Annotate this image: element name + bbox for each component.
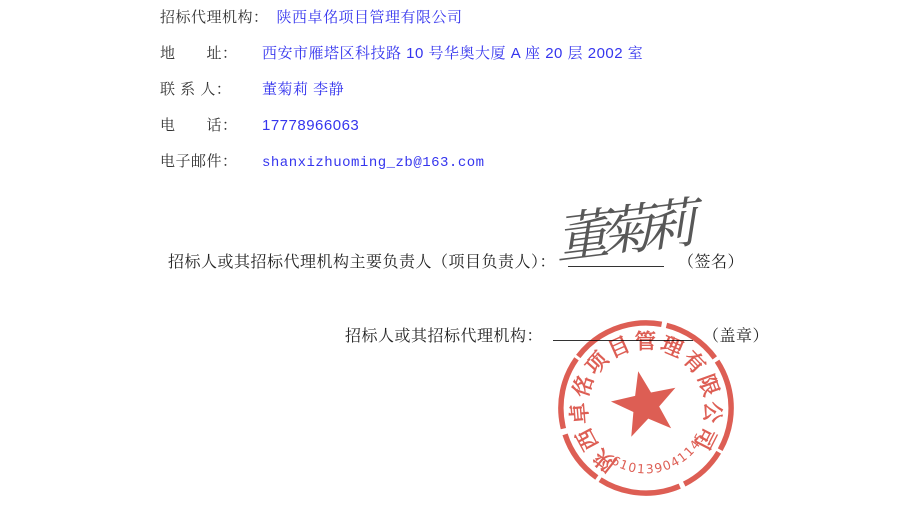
info-row-address: 地 址：西安市雁塔区科技路 10 号华奥大厦 A 座 20 层 2002 室 [160,44,643,64]
address-label: 地 址： [160,44,254,64]
address-value: 西安市雁塔区科技路 10 号华奥大厦 A 座 20 层 2002 室 [262,45,643,62]
contact-person-label: 联 系 人： [160,80,254,100]
signature-line-suffix: （签名） [678,254,744,271]
tender-document-page: 招标代理机构：陕西卓佲项目管理有限公司 地 址：西安市雁塔区科技路 10 号华奥… [0,0,900,506]
info-row-phone: 电 话：17778966063 [160,116,643,136]
phone-label: 电 话： [160,116,254,136]
agency-contact-info: 招标代理机构：陕西卓佲项目管理有限公司 地 址：西安市雁塔区科技路 10 号华奥… [160,8,643,188]
contact-person-value: 董菊莉 李静 [262,81,344,98]
star-icon [606,364,684,439]
seal-line-suffix: （盖章） [703,328,769,345]
agency-value: 陕西卓佲项目管理有限公司 [277,9,463,26]
agency-label: 招标代理机构： [160,8,269,28]
project-leader-signature-line: 招标人或其招标代理机构主要负责人（项目负责人）：（签名） [168,252,744,274]
info-row-email: 电子邮件：shanxizhuoming_zb@163.com [160,152,643,172]
info-row-agency: 招标代理机构：陕西卓佲项目管理有限公司 [160,8,643,28]
seal-underline [553,326,693,341]
email-value: shanxizhuoming_zb@163.com [262,155,485,171]
signature-line-label: 招标人或其招标代理机构主要负责人（项目负责人）： [168,254,556,271]
email-label: 电子邮件： [160,152,254,172]
signature-underline [568,252,664,267]
phone-value: 17778966063 [262,117,359,134]
info-row-contact-person: 联 系 人：董菊莉 李静 [160,80,643,100]
agency-seal-line: 招标人或其招标代理机构：（盖章） [345,326,769,348]
seal-line-label: 招标人或其招标代理机构： [345,328,543,345]
seal-number-text: 6101390411450 [597,386,715,485]
